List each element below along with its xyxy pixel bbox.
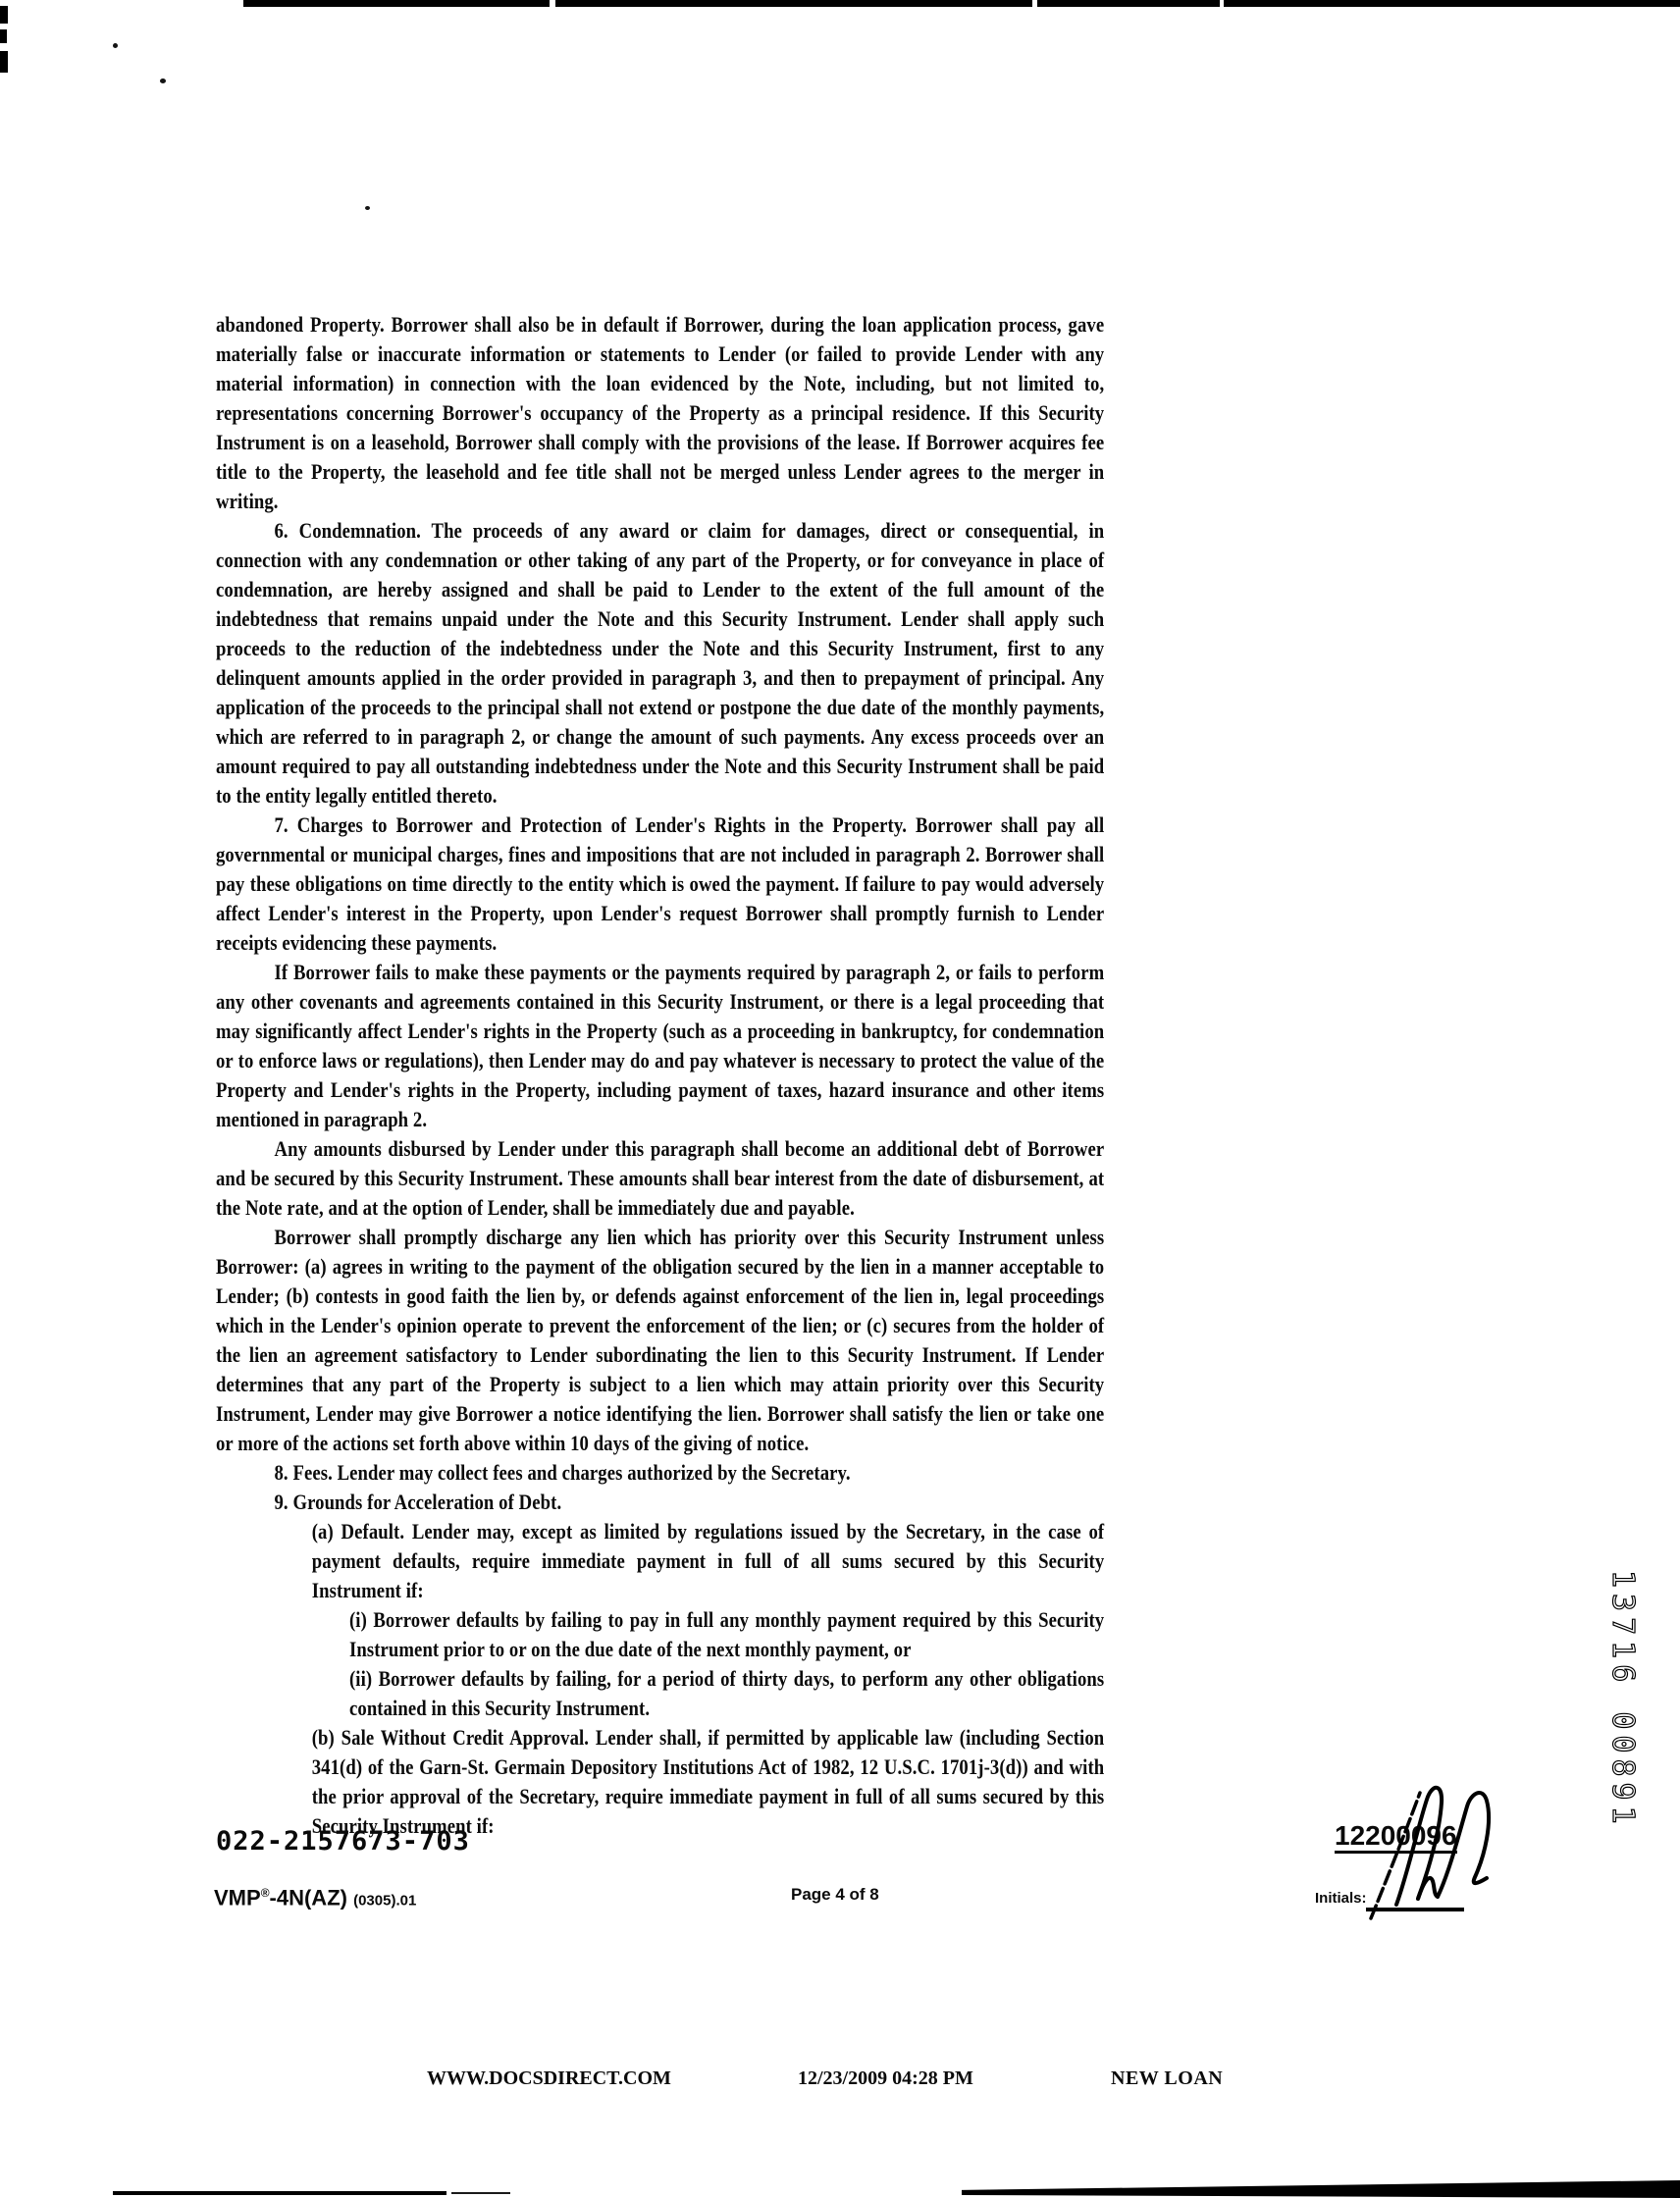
registered-trademark-symbol: ® — [261, 1886, 270, 1900]
paragraph: 7. Charges to Borrower and Protection of… — [216, 811, 1104, 958]
paragraph: 6. Condemnation. The proceeds of any awa… — [216, 516, 1104, 811]
fha-case-number: 022-2157673-703 — [216, 1827, 470, 1857]
scan-noise-gap — [550, 0, 555, 7]
paragraph: Any amounts disbursed by Lender under th… — [216, 1134, 1104, 1223]
paragraph: (b) Sale Without Credit Approval. Lender… — [312, 1723, 1105, 1841]
scan-bottom-edge-line — [113, 2191, 446, 2195]
footer-loan-type: NEW LOAN — [1111, 2067, 1223, 2090]
paragraph: Borrower shall promptly discharge any li… — [216, 1223, 1104, 1458]
paragraph: abandoned Property. Borrower shall also … — [216, 310, 1104, 516]
scan-left-edge-dash — [0, 6, 8, 24]
footer-website: WWW.DOCSDIRECT.COM — [427, 2067, 671, 2090]
paragraph: (i) Borrower defaults by failing to pay … — [349, 1605, 1104, 1664]
page-number-label: Page 4 of 8 — [791, 1885, 879, 1905]
scan-dust-speck — [160, 78, 166, 83]
scan-bottom-edge-line — [451, 2192, 510, 2194]
scan-noise-gap — [1032, 0, 1037, 7]
scan-dust-speck — [365, 206, 370, 210]
paragraph: 8. Fees. Lender may collect fees and cha… — [216, 1458, 1104, 1488]
scan-left-edge-dash — [0, 51, 8, 73]
scan-left-edge-dash — [0, 29, 7, 43]
scanned-document-page: { "document": { "paragraphs": [ {"level"… — [0, 0, 1680, 2198]
form-code-suffix: -4N(AZ) — [270, 1885, 347, 1910]
paragraph: (a) Default. Lender may, except as limit… — [312, 1517, 1105, 1605]
form-revision: (0305).01 — [353, 1892, 416, 1909]
scan-noise-gap — [1220, 0, 1224, 7]
form-code-name: VMP — [214, 1885, 261, 1910]
handwritten-initials-signature — [1349, 1779, 1511, 1926]
document-body: abandoned Property. Borrower shall also … — [216, 310, 1104, 1841]
scan-top-edge-bar — [243, 0, 1680, 7]
scan-dust-speck — [113, 43, 118, 48]
paragraph: (ii) Borrower defaults by failing, for a… — [349, 1664, 1104, 1723]
scan-bottom-edge-bar — [962, 2180, 1680, 2198]
footer-datetime: 12/23/2009 04:28 PM — [798, 2067, 973, 2090]
right-margin-scan-code: 13716 00891 — [1607, 1570, 1637, 1830]
paragraph: 9. Grounds for Acceleration of Debt. — [216, 1488, 1104, 1517]
form-code: VMP®-4N(AZ) (0305).01 — [214, 1880, 416, 1913]
paragraph: If Borrower fails to make these payments… — [216, 958, 1104, 1134]
